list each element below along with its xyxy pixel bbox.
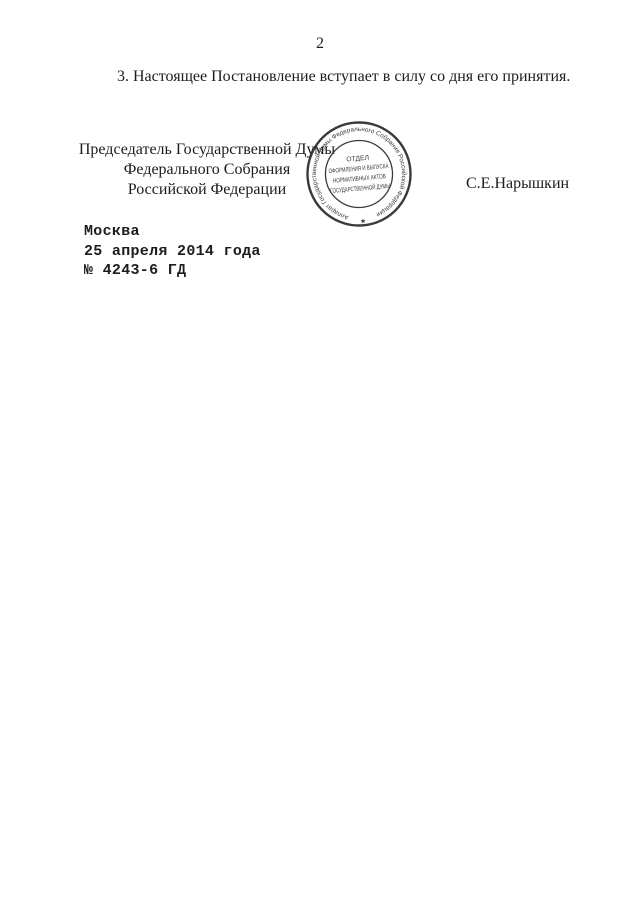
stamp-outer-ring bbox=[303, 118, 415, 230]
stamp-seal-graphic: Аппарат Государственной Думы Федеральног… bbox=[297, 112, 421, 236]
stamp-center-text-line: ОТДЕЛ bbox=[346, 155, 369, 164]
document-number: № 4243-6 ГД bbox=[84, 261, 261, 281]
place-city: Москва bbox=[84, 222, 261, 242]
page-number: 2 bbox=[0, 35, 640, 53]
paragraph-text: 3. Настоящее Постановление вступает в си… bbox=[117, 68, 570, 86]
document-date: 25 апреля 2014 года bbox=[84, 242, 261, 262]
place-date-block: Москва 25 апреля 2014 года № 4243-6 ГД bbox=[84, 222, 261, 281]
signatory-name: С.Е.Нарышкин bbox=[466, 175, 569, 193]
official-stamp: Аппарат Государственной Думы Федеральног… bbox=[297, 112, 421, 236]
document-page: 2 3. Настоящее Постановление вступает в … bbox=[0, 0, 640, 905]
stamp-star-icon: ★ bbox=[360, 217, 367, 226]
